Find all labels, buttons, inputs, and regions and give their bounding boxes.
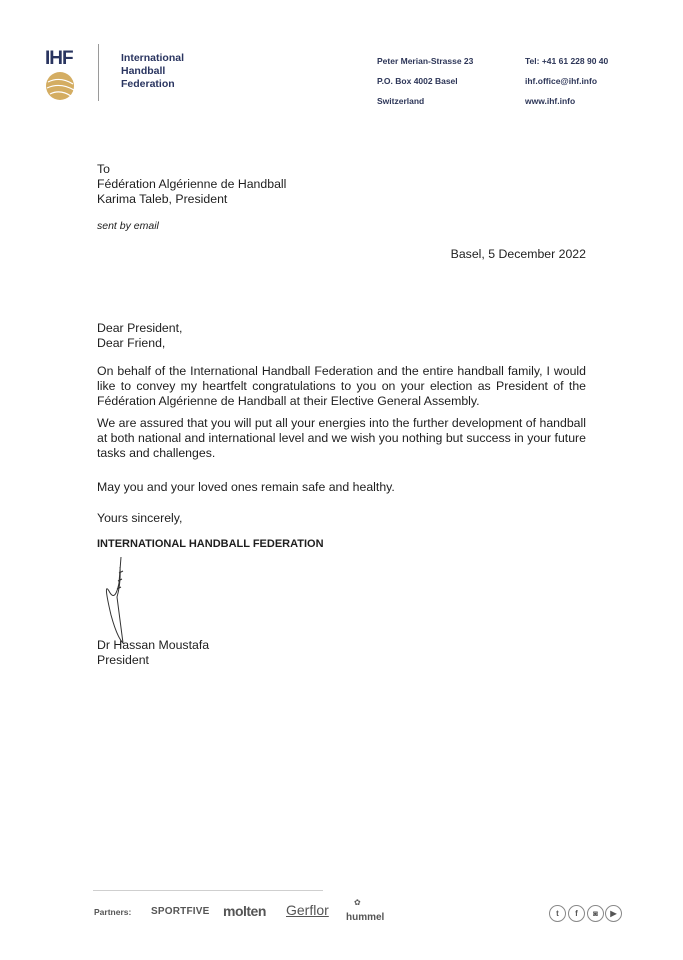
footer-divider [93,890,323,891]
ihf-logo-icon: IHF [44,44,78,104]
postal-address: Peter Merian-Strasse 23 P.O. Box 4002 Ba… [377,51,473,111]
hummel-bee-icon: ✿ [354,898,361,907]
address-line: Peter Merian-Strasse 23 [377,51,473,71]
address-line: Switzerland [377,91,473,111]
instagram-icon[interactable]: ◙ [587,905,604,922]
recipient-name: Karima Taleb, President [97,192,286,207]
closing: Yours sincerely, [97,511,182,526]
recipient-organization: Fédération Algérienne de Handball [97,177,286,192]
org-name-line: International [121,52,184,65]
body-paragraph: On behalf of the International Handball … [97,364,586,410]
org-name-line: Handball [121,65,184,78]
signature-icon [97,553,157,645]
address-line: P.O. Box 4002 Basel [377,71,473,91]
phone: Tel: +41 61 228 90 40 [525,51,608,71]
signer-title: President [97,653,209,668]
recipient-block: To Fédération Algérienne de Handball Kar… [97,162,286,207]
website-link[interactable]: www.ihf.info [525,91,608,111]
signer-name: Dr Hassan Moustafa [97,638,209,653]
partner-sportfive-logo: SPORTFIVE [151,906,209,917]
org-name-line: Federation [121,78,184,91]
email-link[interactable]: ihf.office@ihf.info [525,71,608,91]
youtube-icon[interactable]: ▶ [605,905,622,922]
body-paragraph: We are assured that you will put all you… [97,416,586,462]
signer-block: Dr Hassan Moustafa President [97,638,209,668]
salutation: Dear President, Dear Friend, [97,321,182,351]
facebook-icon[interactable]: f [568,905,585,922]
to-label: To [97,162,286,177]
org-name: International Handball Federation [121,52,184,91]
letter-date: Basel, 5 December 2022 [451,247,586,261]
partner-molten-logo: molten [223,903,266,919]
salutation-line: Dear Friend, [97,336,182,351]
svg-text:IHF: IHF [45,48,73,69]
partner-gerflor-logo: Gerflor [286,902,329,918]
body-paragraph: May you and your loved ones remain safe … [97,480,586,495]
twitter-icon[interactable]: t [549,905,566,922]
logo-divider [98,44,99,101]
partners-label: Partners: [94,907,131,917]
partner-hummel-logo: hummel [346,912,384,923]
sender-organization: INTERNATIONAL HANDBALL FEDERATION [97,537,324,552]
salutation-line: Dear President, [97,321,182,336]
delivery-note: sent by email [97,219,159,234]
contact-info: Tel: +41 61 228 90 40 ihf.office@ihf.inf… [525,51,608,111]
